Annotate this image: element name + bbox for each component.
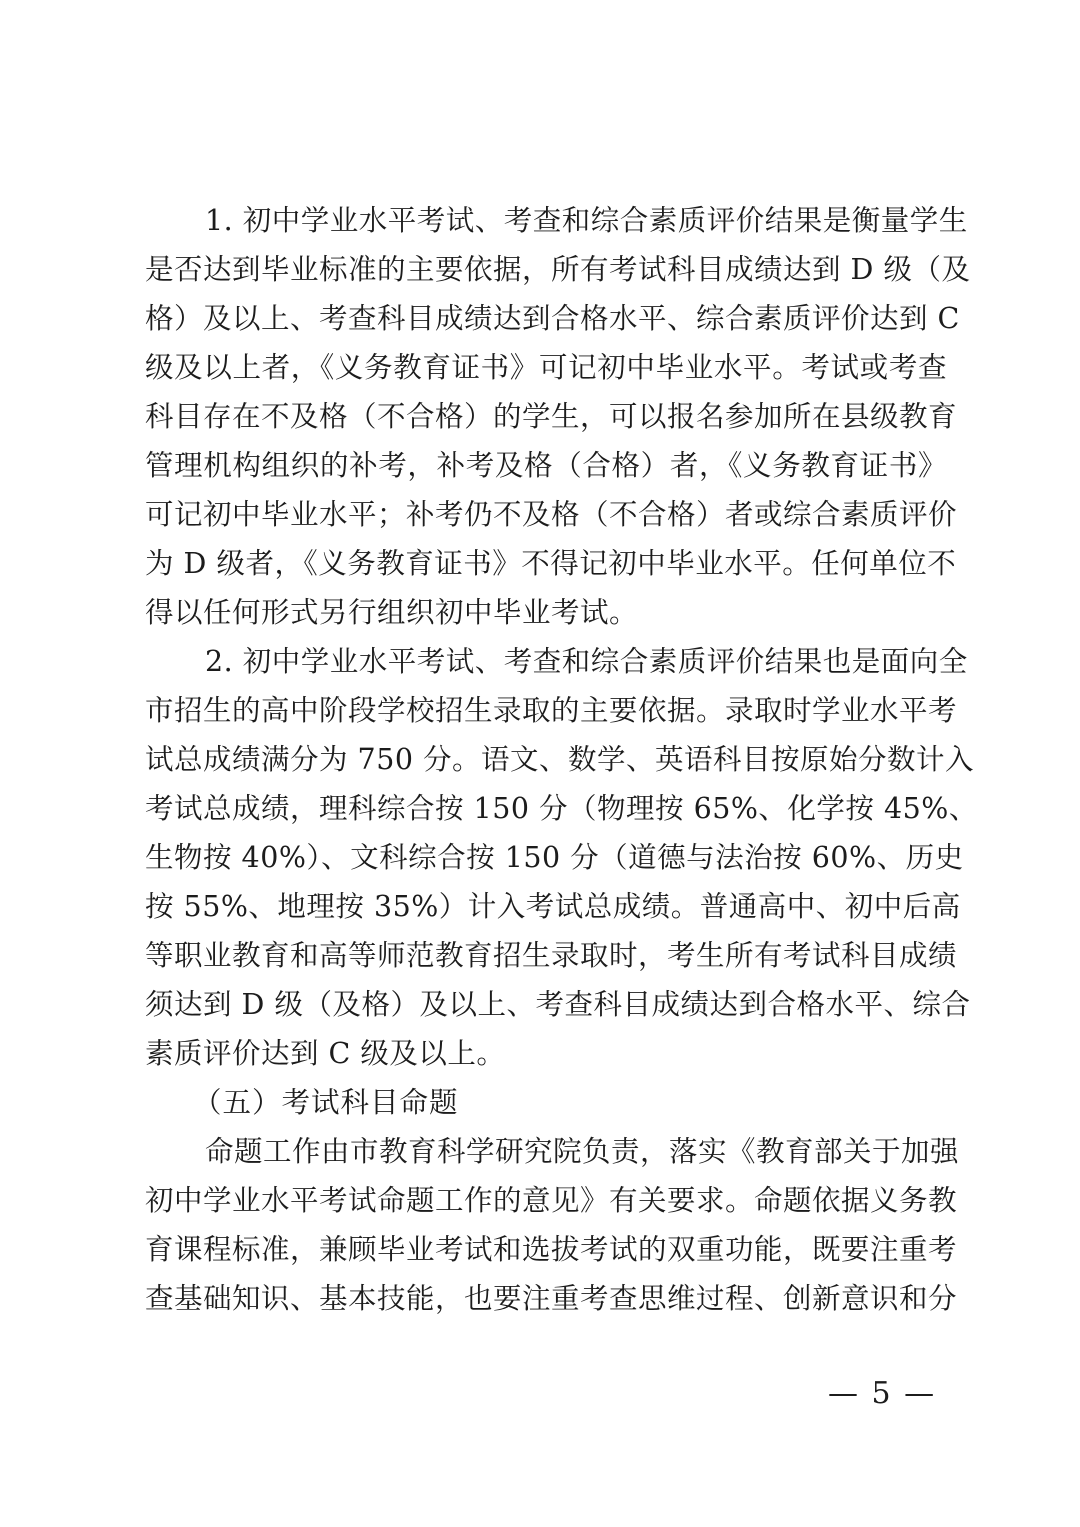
document-page: 1. 初中学业水平考试、考查和综合素质评价结果是衡量学生 是否达到毕业标准的主要… [0, 0, 1080, 1527]
text-line: 得以任何形式另行组织初中毕业考试。 [145, 588, 947, 637]
text-line: 科目存在不及格（不合格）的学生，可以报名参加所在县级教育 [145, 392, 947, 441]
text-line: 等职业教育和高等师范教育招生录取时，考生所有考试科目成绩 [145, 931, 947, 980]
paragraph-item-2: 2. 初中学业水平考试、考查和综合素质评价结果也是面向全 市招生的高中阶段学校招… [145, 637, 947, 1078]
text-line: 为 D 级者，《义务教育证书》不得记初中毕业水平。任何单位不 [145, 539, 947, 588]
text-line: 考试总成绩，理科综合按 150 分（物理按 65%、化学按 45%、 [145, 784, 947, 833]
text-line: 按 55%、地理按 35%）计入考试总成绩。普通高中、初中后高 [145, 882, 947, 931]
page-number: — 5 — [828, 1374, 936, 1414]
text-line: 1. 初中学业水平考试、考查和综合素质评价结果是衡量学生 [145, 196, 947, 245]
text-line: 生物按 40%）、文科综合按 150 分（道德与法治按 60%、历史 [145, 833, 947, 882]
text-line: 初中学业水平考试命题工作的意见》有关要求。命题依据义务教 [145, 1176, 947, 1225]
text-line: 查基础知识、基本技能，也要注重考查思维过程、创新意识和分 [145, 1274, 947, 1323]
text-line: 可记初中毕业水平；补考仍不及格（不合格）者或综合素质评价 [145, 490, 947, 539]
text-line: 2. 初中学业水平考试、考查和综合素质评价结果也是面向全 [145, 637, 947, 686]
paragraph-item-3: 命题工作由市教育科学研究院负责，落实《教育部关于加强 初中学业水平考试命题工作的… [145, 1127, 947, 1323]
text-line: 级及以上者，《义务教育证书》可记初中毕业水平。考试或考查 [145, 343, 947, 392]
text-line: 须达到 D 级（及格）及以上、考查科目成绩达到合格水平、综合 [145, 980, 947, 1029]
section-heading: （五）考试科目命题 [145, 1078, 947, 1127]
text-line: 试总成绩满分为 750 分。语文、数学、英语科目按原始分数计入 [145, 735, 947, 784]
paragraph-item-1: 1. 初中学业水平考试、考查和综合素质评价结果是衡量学生 是否达到毕业标准的主要… [145, 196, 947, 637]
text-line: 管理机构组织的补考，补考及格（合格）者，《义务教育证书》 [145, 441, 947, 490]
text-line: 命题工作由市教育科学研究院负责，落实《教育部关于加强 [145, 1127, 947, 1176]
text-line: 育课程标准，兼顾毕业考试和选拔考试的双重功能，既要注重考 [145, 1225, 947, 1274]
text-line: 格）及以上、考查科目成绩达到合格水平、综合素质评价达到 C [145, 294, 947, 343]
text-line: 是否达到毕业标准的主要依据，所有考试科目成绩达到 D 级（及 [145, 245, 947, 294]
text-line: 素质评价达到 C 级及以上。 [145, 1029, 947, 1078]
document-body: 1. 初中学业水平考试、考查和综合素质评价结果是衡量学生 是否达到毕业标准的主要… [145, 196, 947, 1323]
text-line: 市招生的高中阶段学校招生录取的主要依据。录取时学业水平考 [145, 686, 947, 735]
